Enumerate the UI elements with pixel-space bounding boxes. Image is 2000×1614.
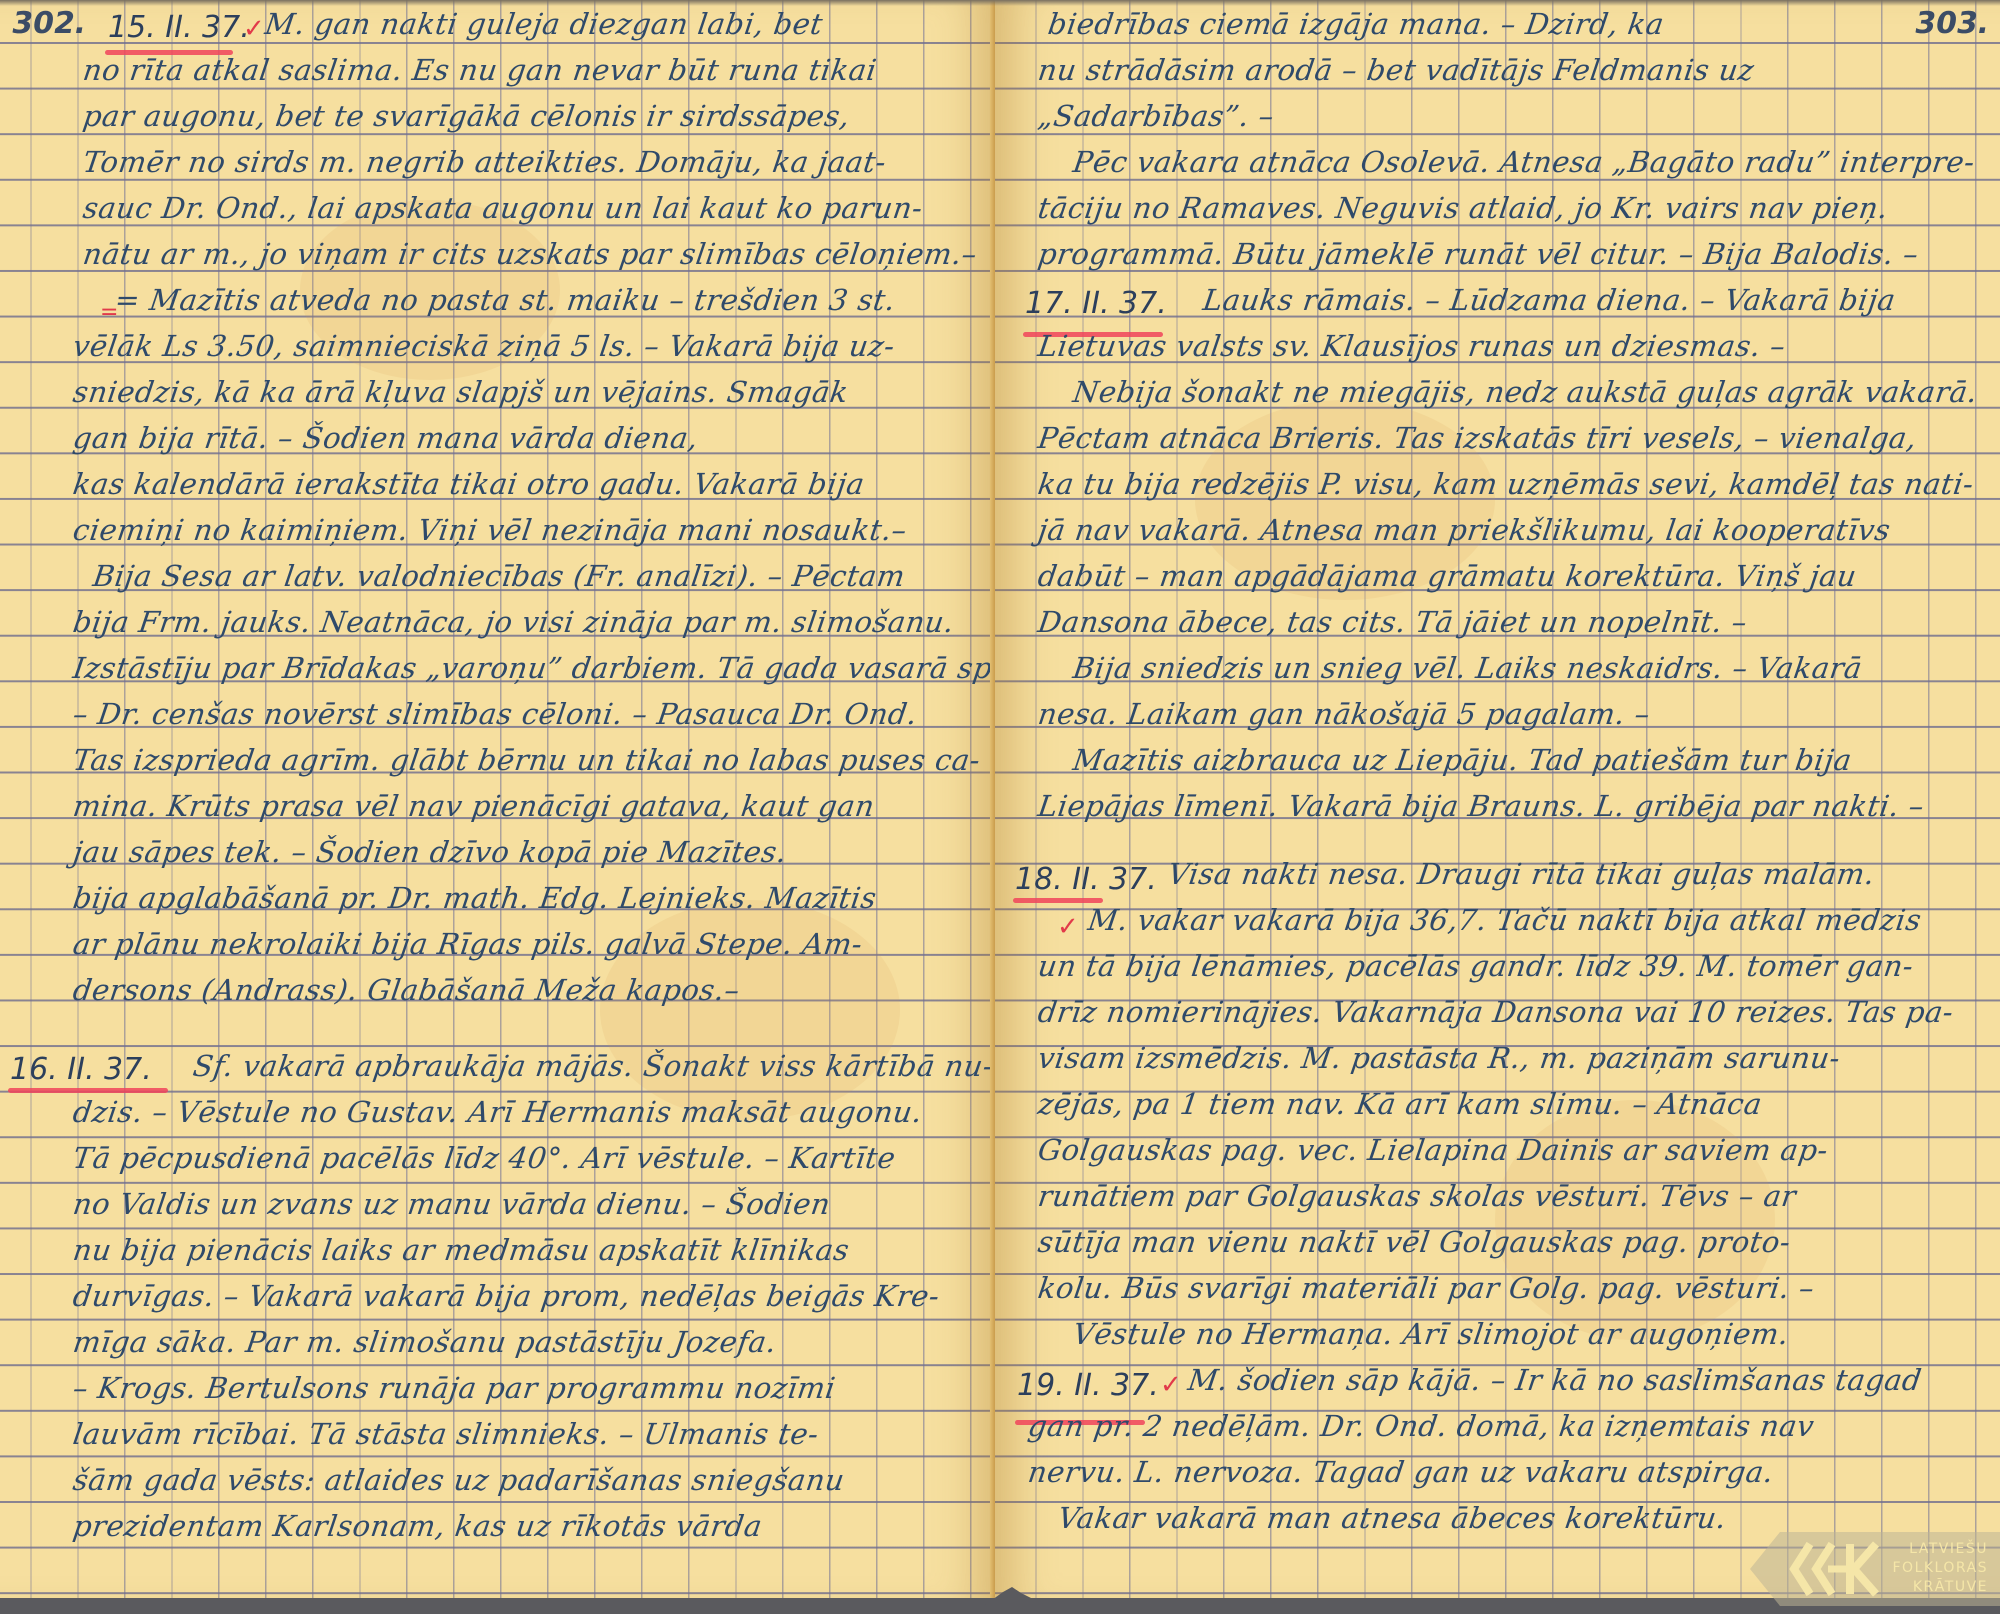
text-line: sniedzis, kā ka ārā kļuva slapjš un vēja… (70, 370, 851, 415)
text-line: mīga sāka. Par m. slimošanu pastāstīju J… (70, 1320, 779, 1365)
text-line: jau sāpes tek. – Šodien dzīvo kopā pie M… (70, 830, 790, 875)
text-line: gan pr. 2 nedēļām. Dr. Ond. domā, ka izņ… (1025, 1404, 1817, 1449)
text-line: durvīgas. – Vakarā vakarā bija prom, ned… (70, 1274, 943, 1319)
text-line: nu strādāsim arodā – bet vadītājs Feldma… (1035, 48, 1757, 93)
text-line: sauc Dr. Ond., lai apskata augonu un lai… (80, 186, 926, 231)
lfk-logo-icon (1788, 1540, 1880, 1598)
text-line: – Krogs. Bertulsons runāja par programmu… (70, 1366, 838, 1411)
text-line: vēlāk Ls 3.50, saimnieciskā ziņā 5 ls. –… (70, 324, 898, 369)
text-line: runātiem par Golgauskas skolas vēsturi. … (1035, 1174, 1799, 1219)
text-line: nu bija pienācis laiks ar medmāsu apskat… (70, 1228, 852, 1273)
text-line: ka tu bija redzējis P. visu, kam uzņēmās… (1035, 462, 1977, 507)
lfk-watermark-logo: LATVIEŠU FOLKLORAS KRĀTUVE (1780, 1532, 2000, 1606)
logo-line-1: LATVIEŠU (1888, 1540, 1988, 1559)
text-line: „Sadarbības”. – (1035, 94, 1277, 139)
text-line: ciemiņi no kaimiņiem. Viņi vēl nezināja … (70, 508, 910, 553)
text-line: kolu. Būs svarīgi materiāli par Golg. pa… (1035, 1266, 1817, 1311)
text-line: zējās, pa 1 tiem nav. Kā arī kam slimu. … (1035, 1082, 1765, 1127)
red-check-icon: ✓ (243, 14, 265, 44)
text-line: ar plānu nekrolaiki bija Rīgas pils. gal… (70, 922, 865, 967)
text-line: kas kalendārā ierakstīta tikai otro gadu… (70, 462, 868, 507)
text-line: Bija sniedzis un snieg vēl. Laiks neskai… (1070, 646, 1865, 691)
text-line: tāciju no Ramaves. Neguvis atlaid, jo Kr… (1035, 186, 1891, 231)
text-line: Tas izsprieda agrīm. glābt bērnu un tika… (70, 738, 983, 783)
logo-line-2: FOLKLORAS (1888, 1559, 1988, 1578)
text-line: Bija Sesa ar latv. valodniecības (Fr. an… (90, 554, 908, 599)
text-line: Mazītis aizbrauca uz Liepāju. Tad patieš… (1070, 738, 1855, 783)
text-line: Dansona ābece, tas cits. Tā jāiet un nop… (1035, 600, 1750, 645)
text-line: Sf. vakarā apbraukāja mājās. Šonakt viss… (190, 1044, 995, 1089)
entry-date: 16. II. 37. (10, 1050, 152, 1090)
page-number: 302. (9, 6, 89, 41)
red-check-icon: ✓ (1160, 1370, 1182, 1400)
text-line: Vēstule no Hermaņa. Arī slimojot ar augo… (1070, 1312, 1792, 1357)
text-line: sūtīja man vienu naktī vēl Golgauskas pa… (1035, 1220, 1794, 1265)
text-line: šām gada vēsts: atlaides uz padarīšanas … (70, 1458, 848, 1503)
text-line: Lauks rāmais. – Lūdzama diena. – Vakarā … (1200, 278, 1899, 323)
text-line: – Dr. cenšas novērst slimības cēloni. – … (70, 692, 920, 737)
text-line: Lietuvas valsts sv. Klausījos runas un d… (1035, 324, 1789, 369)
logo-text: LATVIEŠU FOLKLORAS KRĀTUVE (1888, 1540, 1988, 1597)
text-line: prezidentam Karlsonam, kas uz rīkotās vā… (70, 1504, 765, 1549)
text-line: Golgauskas pag. vec. Lielapina Dainis ar… (1035, 1128, 1831, 1173)
page-number: 303. (1912, 6, 1992, 41)
text-line: no rīta atkal saslima. Es nu gan nevar b… (80, 48, 880, 93)
text-line: dzis. – Vēstule no Gustav. Arī Hermanis … (70, 1090, 925, 1135)
text-line: lauvām rīcībai. Tā stāsta slimnieks. – U… (70, 1412, 822, 1457)
left-page: 302. 15. II. 37. ✓ M. gan nakti guleja d… (0, 0, 995, 1600)
text-line: nesa. Laikam gan nākošajā 5 pagalam. – (1035, 692, 1653, 737)
text-line: M. gan nakti guleja diezgan labi, bet (262, 2, 826, 47)
logo-arrow-shape (1750, 1532, 1780, 1606)
logo-line-3: KRĀTUVE (1888, 1578, 1988, 1597)
entry-date: 19. II. 37. (1017, 1366, 1159, 1406)
notebook-spread: 302. 15. II. 37. ✓ M. gan nakti guleja d… (0, 0, 2000, 1600)
text-line: Visa nakti nesa. Draugi rītā tikai guļas… (1165, 852, 1878, 897)
text-line: mina. Krūts prasa vēl nav pienācīgi gata… (70, 784, 878, 829)
text-line: visam izsmēdzis. M. pastāsta R., m. pazi… (1035, 1036, 1843, 1081)
text-line: no Valdis un zvans uz manu vārda dienu. … (70, 1182, 833, 1227)
right-page: 303. biedrības ciemā izgāja mana. – Dzir… (995, 0, 2000, 1600)
text-line: Vakar vakarā man atnesa ābeces korektūru… (1055, 1496, 1729, 1541)
text-line: biedrības ciemā izgāja mana. – Dzird, ka (1045, 2, 1667, 47)
text-line: par augonu, bet te svarīgākā cēlonis ir … (80, 94, 853, 139)
text-line: Izstāstīju par Brīdakas „varoņu” darbiem… (70, 646, 995, 691)
red-underline (1013, 898, 1103, 903)
text-line: dersons (Andrass). Glabāšanā Meža kapos.… (70, 968, 743, 1013)
text-line: Nebija šonakt ne miegājis, nedz aukstā g… (1070, 370, 1980, 415)
text-line: gan bija rītā. – Šodien mana vārda diena… (70, 416, 701, 461)
entry-date: 17. II. 37. (1025, 284, 1167, 324)
text-line: M. šodien sāp kājā. – Ir kā no saslimšan… (1185, 1358, 1925, 1403)
text-line: dabūt – man apgādājama grāmatu korektūra… (1035, 554, 1860, 599)
text-line: programmā. Būtu jāmeklē runāt vēl citur.… (1035, 232, 1922, 277)
entry-date: 15. II. 37. (108, 8, 250, 48)
entry-date: 18. II. 37. (1015, 860, 1157, 900)
text-line: jā nav vakarā. Atnesa man priekšlikumu, … (1035, 508, 1893, 553)
text-line: Pēc vakara atnāca Osolevā. Atnesa „Bagāt… (1070, 140, 1978, 185)
text-line: Tā pēcpusdienā pacēlās līdz 40°. Arī vēs… (70, 1136, 899, 1181)
page-top-edge (0, 0, 2000, 6)
text-line: bija Frm. jauks. Neatnāca, jo visi zināj… (70, 600, 957, 645)
text-line: bija apglabāšanā pr. Dr. math. Edg. Lejn… (70, 876, 879, 921)
text-line: = Mazītis atveda no pasta st. maiku – tr… (112, 278, 898, 323)
text-line: drīz nomierinājies. Vakarnāja Dansona va… (1035, 990, 1956, 1035)
text-line: Tomēr no sirds m. negrib atteikties. Dom… (80, 140, 889, 185)
text-line: Liepājas līmenī. Vakarā bija Brauns. L. … (1035, 784, 1927, 829)
text-line: nātu ar m., jo viņam ir cits uzskats par… (80, 232, 980, 277)
red-check-icon: ✓ (1057, 912, 1079, 942)
text-line: un tā bija lēnāmies, pacēlās gandr. līdz… (1035, 944, 1916, 989)
text-line: Pēctam atnāca Brieris. Tas izskatās tīri… (1035, 416, 1920, 461)
text-line: M. vakar vakarā bija 36,7. Tačū naktī bi… (1085, 898, 1924, 943)
text-line: nervu. L. nervoza. Tagad gan uz vakaru a… (1025, 1450, 1777, 1495)
